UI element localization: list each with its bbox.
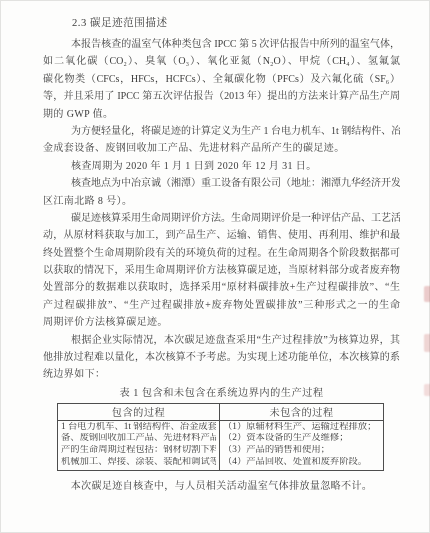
paragraph-line: 核查周期为 2020 年 1 月 1 日到 2020 年 12 月 31 日。 bbox=[43, 158, 400, 175]
paragraph-line: 如二氧化碳（CO₂）、臭氧（O₃）、氧化亚氮（N₂O）、甲烷（CH₄）、氢氟氯 bbox=[43, 53, 400, 70]
cell-line: 机械加工、焊接、涂装、装配和调试等。 bbox=[61, 457, 216, 469]
system-boundary-table: 包含的过程 未包含的过程 1 台电力机车、1t 钢结构件、冶金成套设 备、废钢回… bbox=[57, 403, 384, 471]
paragraph: 本报告核查的温室气体种类包含 IPCC 第 5 次评估报告中所列的温室气体， 如… bbox=[43, 36, 400, 123]
paragraph: 碳足迹核算采用生命周期评价方法。生命周期评价是一种评估产品、工艺活 动，从原材料… bbox=[43, 210, 400, 332]
table-header-excluded: 未包含的过程 bbox=[220, 403, 384, 420]
section-heading: 2.3 碳足迹范围描述 bbox=[43, 14, 400, 36]
paragraph-line: 本报告核查的温室气体种类包含 IPCC 第 5 次评估报告中所列的温室气体， bbox=[43, 36, 400, 53]
paragraph-line: 周期评价方法核算碳足迹。 bbox=[43, 314, 400, 331]
paragraph-line: 统边界如下： bbox=[43, 366, 400, 383]
paragraph-line: 为方便轻量化，将碳足迹的计算定义为生产 1 台电力机车、1t 钢结构件、冶 bbox=[43, 123, 400, 140]
paragraph: 核查周期为 2020 年 1 月 1 日到 2020 年 12 月 31 日。 bbox=[43, 158, 400, 175]
cell-line: 1 台电力机车、1t 钢结构件、冶金成套设 bbox=[61, 422, 216, 434]
document-page: 2.3 碳足迹范围描述 本报告核查的温室气体种类包含 IPCC 第 5 次评估报… bbox=[0, 0, 430, 533]
red-stamp-fragment-icon bbox=[424, 286, 430, 396]
table-caption: 表 1 包含和未包含在系统边界内的生产过程 bbox=[43, 386, 400, 401]
table-row: 1 台电力机车、1t 钢结构件、冶金成套设 备、废钢回收加工产品、先进材料产品生… bbox=[58, 420, 384, 470]
paragraph: 为方便轻量化，将碳足迹的计算定义为生产 1 台电力机车、1t 钢结构件、冶 金成… bbox=[43, 123, 400, 158]
table-header-included: 包含的过程 bbox=[58, 403, 220, 420]
paragraph-line: 终处置整个生命周期阶段有关的环境负荷的过程。在生命周期各个阶段数据都可 bbox=[43, 245, 400, 262]
paragraph-line: 金成套设备、废钢回收加工产品、先进材料产品所产生的碳足迹。 bbox=[43, 140, 400, 157]
paragraph-line: 动，从原材料获取与加工，到产品生产、运输、销售、使用、再利用、维护和最 bbox=[43, 227, 400, 244]
paragraph-line: 根据企业实际情况，本次碳足迹盘查采用“生产过程排放”为核算边界，其 bbox=[43, 332, 400, 349]
paragraph-line: 碳化物类（CFCs，HFCs，HCFCs）、全氟碳化物（PFCs）及六氟化硫（S… bbox=[43, 71, 400, 88]
paragraph-line: 处置部分的数据难以获取时，选择采用“原材料碳排放+生产过程碳排放”、“生 bbox=[43, 279, 400, 296]
cell-line: 产的生命周期过程包括：钢材切割下料、 bbox=[61, 445, 216, 457]
cell-line: 备、废钢回收加工产品、先进材料产品生 bbox=[61, 433, 216, 445]
paragraph-line: 产过程碳排放”、“生产过程碳排放+废弃物处置碳排放”三种形式之一的生命 bbox=[43, 297, 400, 314]
closing-paragraph: 本次碳足迹自核查中，与人员相关活动温室气体排放量忽略不计。 bbox=[43, 478, 400, 495]
excluded-processes-cell: （1）原辅材料生产、运输过程排放； （2）资本设备的生产及维修； （3）产品的销… bbox=[220, 420, 384, 470]
cell-line: （4）产品回收、处置和废弃阶段。 bbox=[223, 457, 380, 469]
document-content: 2.3 碳足迹范围描述 本报告核查的温室气体种类包含 IPCC 第 5 次评估报… bbox=[43, 14, 400, 495]
paragraph-line: 碳足迹核算采用生命周期评价方法。生命周期评价是一种评估产品、工艺活 bbox=[43, 210, 400, 227]
paragraph-line: 等，并且采用了 IPCC 第五次评估报告（2013 年）提出的方法来计算产品生产… bbox=[43, 88, 400, 105]
paragraph: 核查地点为中冶京诚（湘潭）重工设备有限公司（地址：湘潭九华经济开发 区江南北路 … bbox=[43, 175, 400, 210]
paragraph-line: 期的 GWP 值。 bbox=[43, 106, 400, 123]
included-processes-cell: 1 台电力机车、1t 钢结构件、冶金成套设 备、废钢回收加工产品、先进材料产品生… bbox=[58, 420, 220, 470]
paragraph-line: 以获取的情况下，采用生命周期评价方法核算碳足迹，当原材料部分或者废弃物 bbox=[43, 262, 400, 279]
cell-line: （1）原辅材料生产、运输过程排放； bbox=[223, 422, 380, 434]
cell-line: （2）资本设备的生产及维修； bbox=[223, 433, 380, 445]
cell-line: （3）产品的销售和使用； bbox=[223, 445, 380, 457]
paragraph: 根据企业实际情况，本次碳足迹盘查采用“生产过程排放”为核算边界，其 他排放过程难… bbox=[43, 332, 400, 384]
paragraph-line: 他排放过程难以量化，本次核算不予考虑。为实现上述功能单位，本次核算的系 bbox=[43, 349, 400, 366]
table-header-row: 包含的过程 未包含的过程 bbox=[58, 403, 384, 420]
paragraph-line: 核查地点为中冶京诚（湘潭）重工设备有限公司（地址：湘潭九华经济开发 bbox=[43, 175, 400, 192]
paragraph-line: 区江南北路 8 号）。 bbox=[43, 193, 400, 210]
